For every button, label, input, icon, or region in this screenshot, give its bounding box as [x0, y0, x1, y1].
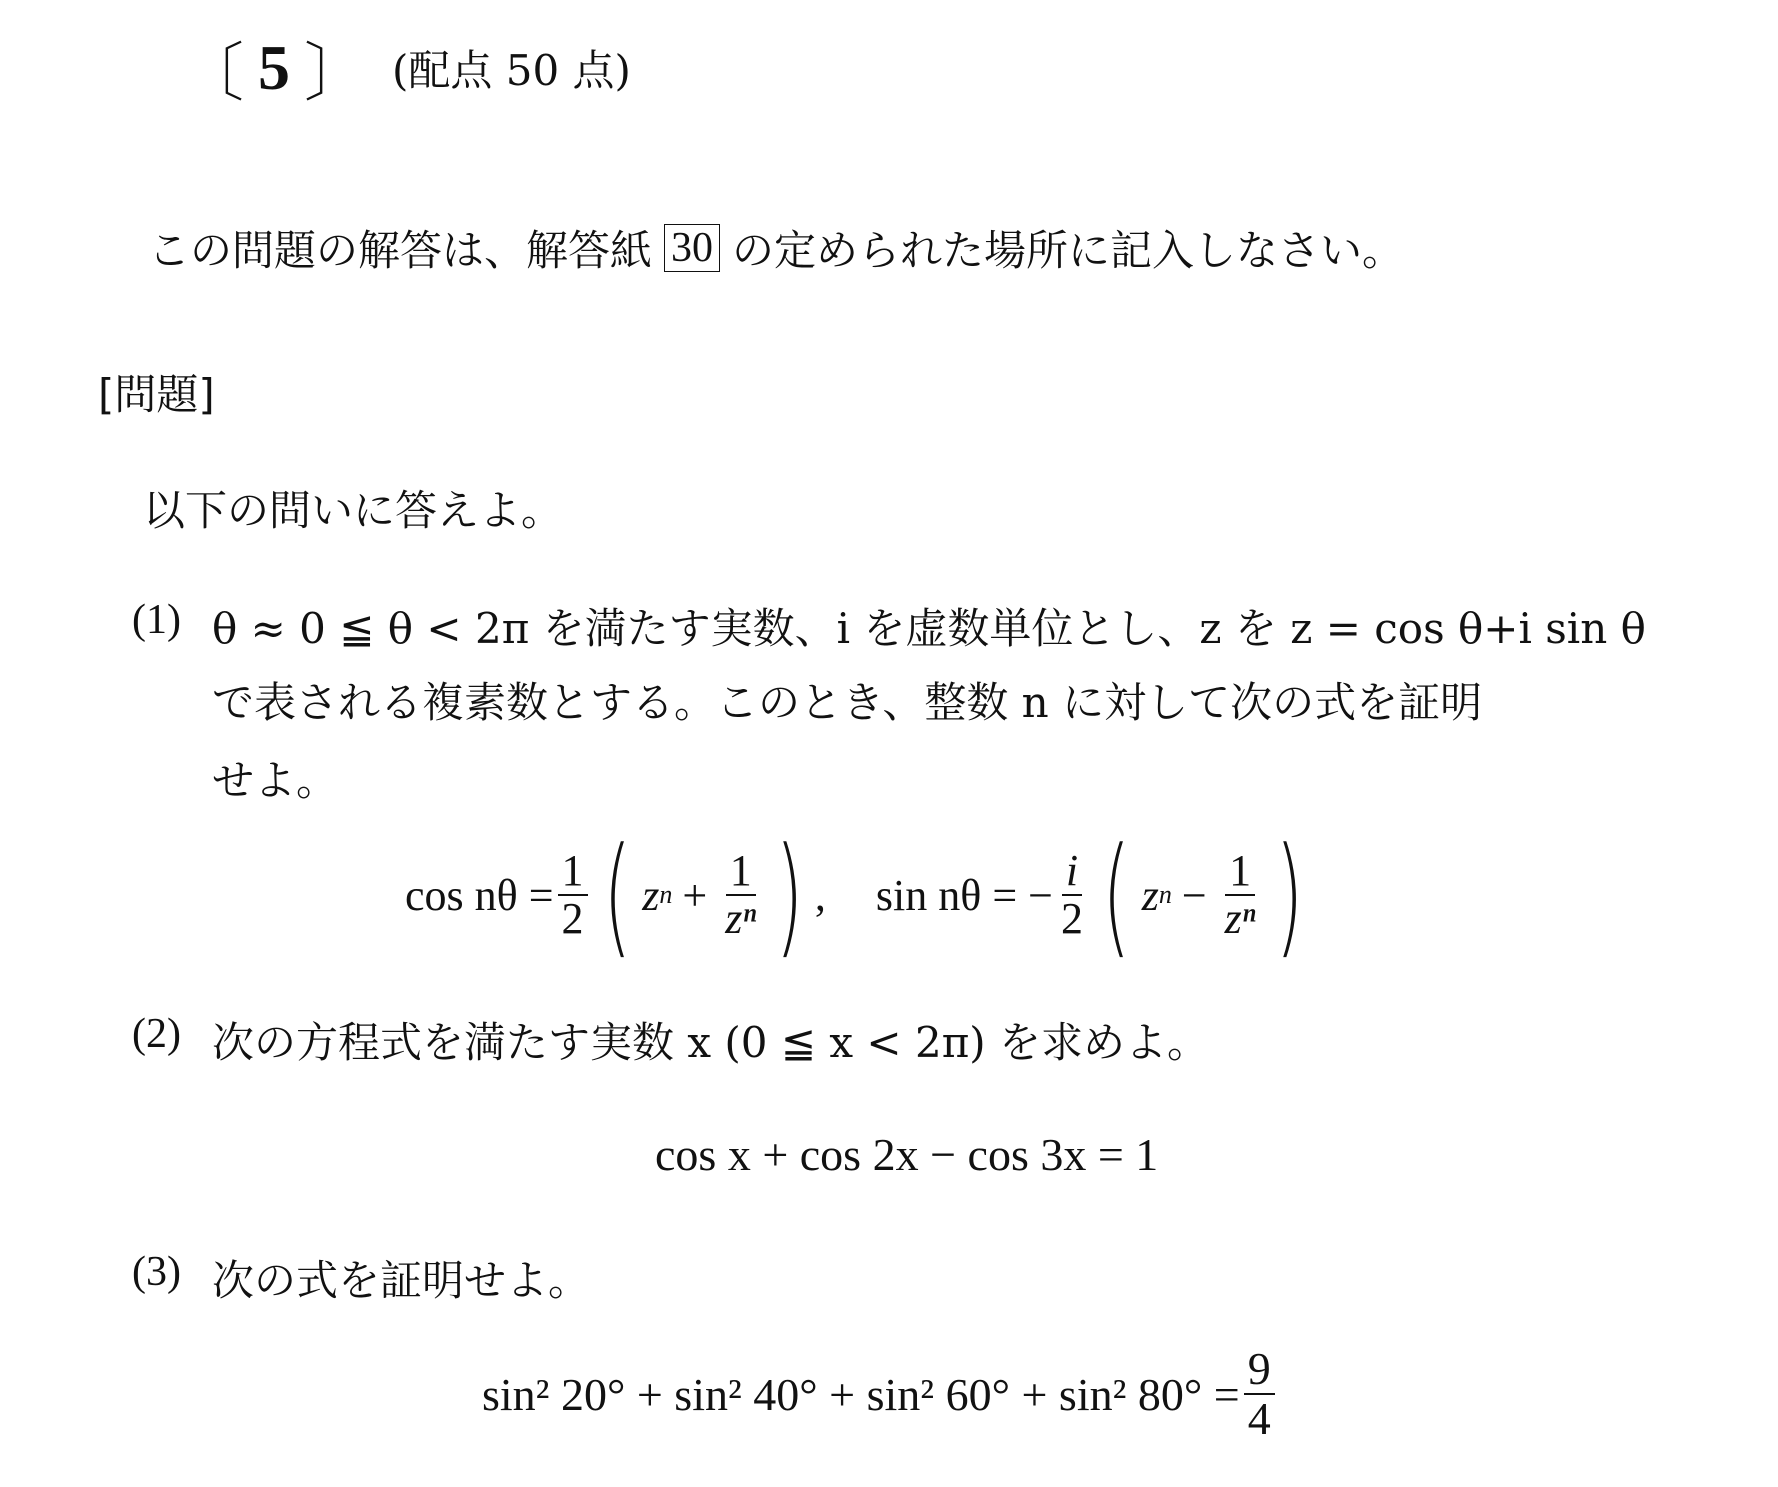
close-bracket: 〕	[304, 22, 368, 114]
instruction: この問題の解答は、解答紙 30 の定められた場所に記入しなさい。	[148, 218, 1404, 278]
q1-label: (1)	[132, 596, 181, 644]
sin-lhs: sin nθ = −	[876, 870, 1053, 921]
right-paren: )	[776, 830, 804, 960]
instruction-after: の定められた場所に記入しなさい。	[732, 218, 1404, 278]
problem-header: 〔 5 〕 (配点 50 点)	[180, 22, 631, 114]
open-bracket: 〔	[180, 22, 244, 114]
answer-sheet-box: 30	[664, 224, 720, 272]
points-label: (配点 50 点)	[392, 38, 631, 98]
cos-inner-fraction: 1 zⁿ	[721, 848, 760, 942]
right-paren: )	[1275, 830, 1303, 960]
q2-label: (2)	[132, 1010, 181, 1058]
intro-text: 以下の問いに答えよ。	[143, 478, 563, 538]
cos-fraction: 1 2	[558, 848, 588, 942]
left-paren: (	[603, 830, 631, 960]
instruction-before: この問題の解答は、解答紙	[148, 218, 652, 278]
q2-text: 次の方程式を満たす実数 x (0 ≦ x < 2π) を求めよ。	[212, 1010, 1209, 1070]
sin-inner-fraction: 1 zⁿ	[1221, 848, 1260, 942]
left-paren: (	[1102, 830, 1130, 960]
q1-equation: cos nθ = 1 2 ( zn + 1 zⁿ ) , sin nθ = − …	[405, 830, 1314, 960]
q1-line3: せよ。	[212, 748, 338, 808]
q2-equation: cos x + cos 2x − cos 3x = 1	[655, 1128, 1158, 1181]
q1-line2: で表される複素数とする。このとき、整数 n に対して次の式を証明	[212, 670, 1482, 730]
sin-fraction: i 2	[1057, 848, 1087, 942]
section-title: [問題]	[98, 362, 215, 422]
q3-equation: sin² 20° + sin² 40° + sin² 60° + sin² 80…	[482, 1345, 1279, 1444]
problem-number: 5	[258, 31, 290, 105]
q3-label: (3)	[132, 1248, 181, 1296]
q3-text: 次の式を証明せよ。	[212, 1248, 590, 1308]
q1-line1: θ ≈ 0 ≦ θ < 2π を満たす実数、i を虚数単位とし、z を z = …	[212, 596, 1646, 656]
cos-lhs: cos nθ =	[405, 870, 554, 921]
q3-fraction: 9 4	[1244, 1345, 1275, 1444]
